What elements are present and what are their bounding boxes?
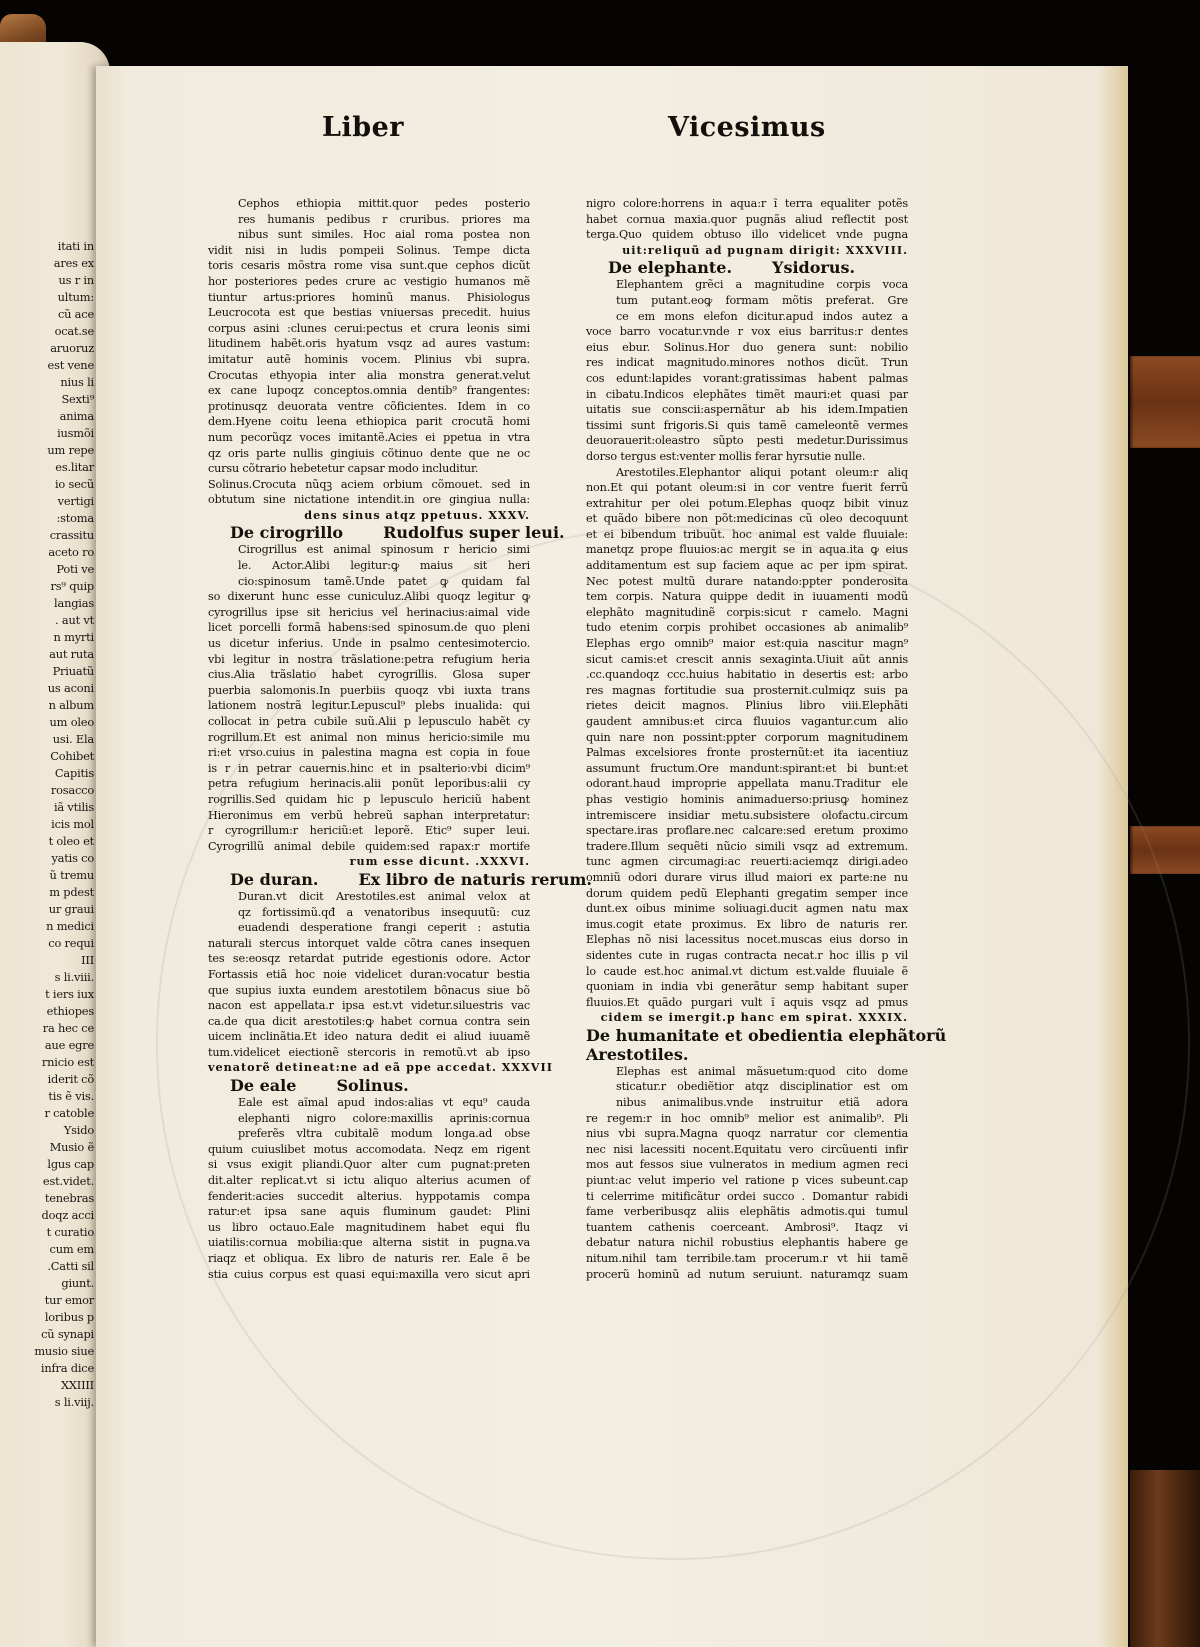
verso-text-line: Priuatũ xyxy=(34,663,94,680)
text-line: toris cesaris mõstra rome visa sunt.que … xyxy=(208,258,530,274)
text-column-right: nigro colore:horrens in aqua:r ĩ terra e… xyxy=(586,196,908,1282)
text-line: cius.Alia trãslatio habet cyrogrillis. G… xyxy=(208,667,530,683)
text-line: omniũ odori durare virus illud maiori ex… xyxy=(586,870,908,886)
verso-text-line: rs⁹ quip xyxy=(34,578,94,595)
text-line: ti celerrime mitificãtur ordei succo . D… xyxy=(586,1189,908,1205)
chapter-title: De eale xyxy=(230,1076,296,1095)
verso-text-line: .Catti sil xyxy=(34,1258,94,1275)
text-line: quoniam in india vbi generãtur semp habi… xyxy=(586,979,908,995)
text-line: ri:et vrso.cuius in palestina magna est … xyxy=(208,745,530,761)
chapter-source: Ex libro de naturis rerum. xyxy=(358,870,592,889)
text-line: tes se:eosqz retardat putride egestionis… xyxy=(208,951,530,967)
chapter-source: Solinus. xyxy=(336,1076,408,1095)
verso-text-line: ur graui xyxy=(34,901,94,918)
chapter-heading: De humanitate et obedientia elephãtorũ xyxy=(586,1026,908,1045)
text-line: tunc agmen circumagi:ac reuerti:aciemqz … xyxy=(586,854,908,870)
text-line: dorum quidem pedũ Elephanti gregatim sem… xyxy=(586,886,908,902)
verso-text-line: r catoble xyxy=(34,1105,94,1122)
text-line: uiatilis:cornua mobilia:que alterna sist… xyxy=(208,1235,530,1251)
text-line: stia cuius corpus est quasi equi:maxilla… xyxy=(208,1267,530,1283)
text-line: nibus animalibus.vnde instruitur etiã ad… xyxy=(586,1095,908,1111)
text-line: debatur natura nichil robustius elephant… xyxy=(586,1235,908,1251)
text-line: sidentes cute in rugas contracta necat.r… xyxy=(586,948,908,964)
text-line: tradere.Illum sequẽti nũcio simili vsqz … xyxy=(586,839,908,855)
text-line: fluuios.Et quãdo purgari vult ĩ aquis vs… xyxy=(586,995,908,1011)
text-line: qz oris parte nullis gingiuis cõtinuo de… xyxy=(208,446,530,462)
text-line: Elephas est animal mãsuetum:quod cito do… xyxy=(586,1064,908,1080)
recto-page: Liber Vicesimus Cephos ethiopia mittit.q… xyxy=(96,66,1128,1647)
text-line: odorant.haud improprie appellata manu.Tr… xyxy=(586,776,908,792)
verso-text-line: musio siue xyxy=(34,1343,94,1360)
text-line: tuantem cathenis coerceant. Ambrosi⁹. It… xyxy=(586,1220,908,1236)
text-line: procerũ hominũ ad nutum seruiunt. natura… xyxy=(586,1267,908,1283)
text-line: tum putant.eoꝙ formam mõtis preferat. Gr… xyxy=(586,293,908,309)
chapter-heading: De cirogrilloRudolfus super leui. xyxy=(208,523,530,542)
verso-text-line: aceto ro xyxy=(34,544,94,561)
text-line: Elephas ergo omnib⁹ maior est:quia nasci… xyxy=(586,636,908,652)
verso-text-line: m pdest xyxy=(34,884,94,901)
verso-text-line: . aut vt xyxy=(34,612,94,629)
verso-text-line: t curatio xyxy=(34,1224,94,1241)
verso-text-line: cũ ace xyxy=(34,306,94,323)
verso-text-line: ethiopes xyxy=(34,1003,94,1020)
chapter-heading: De elephante.Ysidorus. xyxy=(586,258,908,277)
verso-text-line: cum em xyxy=(34,1241,94,1258)
verso-text-line: vertigi xyxy=(34,493,94,510)
text-line: elephanti nigro colore:maxillis aprinis:… xyxy=(208,1111,530,1127)
verso-text-line: n album xyxy=(34,697,94,714)
verso-text-line: itati in xyxy=(34,238,94,255)
verso-text-line: yatis co xyxy=(34,850,94,867)
verso-text-line: t iers iux xyxy=(34,986,94,1003)
verso-text-line: Cohibet xyxy=(34,748,94,765)
chapter-title: De humanitate et obedientia elephãtorũ xyxy=(586,1026,946,1045)
text-line: Cyrogrillũ animal debile quidem:sed rapa… xyxy=(208,839,530,855)
text-line: corpus asini :clunes cerui:pectus et cru… xyxy=(208,321,530,337)
verso-text-line: anima xyxy=(34,408,94,425)
text-line: ca.de qua dicit arestotiles:ꝙ habet corn… xyxy=(208,1014,530,1030)
text-line: assumunt fructum.Ore mandunt:spirant:et … xyxy=(586,761,908,777)
text-line: so dixerunt hunc esse cuniculuz.Alibi qu… xyxy=(208,589,530,605)
text-line: que supius iuxta eundem arestotilem bõna… xyxy=(208,983,530,999)
text-line: vidit nisi in ludis pompeii Solinus. Tem… xyxy=(208,243,530,259)
verso-text-line: n medici xyxy=(34,918,94,935)
text-line: gaudent amnibus:et circa fluuios vagantu… xyxy=(586,714,908,730)
verso-text-line: t oleo et xyxy=(34,833,94,850)
text-line: rogrillum.Et est animal non minus herici… xyxy=(208,730,530,746)
text-line: nacon est appellata.r ipsa est.vt videtu… xyxy=(208,998,530,1014)
text-line: is r in petrar cauernis.hinc et in psalt… xyxy=(208,761,530,777)
verso-text-line: n myrti xyxy=(34,629,94,646)
text-line: quin nare non possint:ppter corporum mag… xyxy=(586,730,908,746)
text-line: naturali stercus intorquet valde cõtra c… xyxy=(208,936,530,952)
text-line: in cibatu.Indicos elephãtes timẽt mauri:… xyxy=(586,387,908,403)
text-line: fenderit:acies succedit alterius. hyppot… xyxy=(208,1189,530,1205)
chapter-title: De cirogrillo xyxy=(230,523,343,542)
text-line: nius vbi supra.Magna quoqz narratur cor … xyxy=(586,1126,908,1142)
text-line: uicem inclinãtia.Et ideo natura dedit ei… xyxy=(208,1029,530,1045)
text-line: cyrogrillus ipse sit hericius vel herina… xyxy=(208,605,530,621)
text-line: num pecorũqz voces imitantẽ.Acies ei ppe… xyxy=(208,430,530,446)
text-line: Elephas nõ nisi lacessitus nocet.muscas … xyxy=(586,932,908,948)
verso-text-line: io secũ xyxy=(34,476,94,493)
verso-text-line: tur emor xyxy=(34,1292,94,1309)
verso-text-line: III xyxy=(34,952,94,969)
chapter-number-line: venatorẽ detineat:ne ad eã ppe accedat. … xyxy=(208,1060,530,1076)
verso-text-line: est.videt. xyxy=(34,1173,94,1190)
text-line: non.Et qui potant oleum:si in cor ventre… xyxy=(586,480,908,496)
text-line: Palmas excelsiores fronte prosternũt:et … xyxy=(586,745,908,761)
text-line: Cirogrillus est animal spinosum r herici… xyxy=(208,542,530,558)
verso-text-line: est vene xyxy=(34,357,94,374)
text-line: re regem:r in hoc omnib⁹ melior est anim… xyxy=(586,1111,908,1127)
chapter-source: Rudolfus super leui. xyxy=(383,523,565,542)
text-line: petra refugium herinacis.alii ponũt lepo… xyxy=(208,776,530,792)
text-line: litudinem habẽt.oris hyatum vsqz ad aure… xyxy=(208,336,530,352)
text-line: ce em mons elefon dicitur.apud indos aut… xyxy=(586,309,908,325)
chapter-number-line: cidem se imergit.p hanc em spirat. XXXIX… xyxy=(586,1010,908,1026)
verso-text-line: us aconi xyxy=(34,680,94,697)
text-line: us dicetur inferius. Unde in psalmo cent… xyxy=(208,636,530,652)
verso-text-line: tis ẽ vis. xyxy=(34,1088,94,1105)
verso-text-line: aut ruta xyxy=(34,646,94,663)
text-line: ratur:et ipsa sane aquis fluminum gaudet… xyxy=(208,1204,530,1220)
text-line: si vsus exigit pliandi.Quor alter cum pu… xyxy=(208,1157,530,1173)
chapter-number-line: uit:reliquũ ad pugnam dirigit: XXXVIII. xyxy=(586,243,908,259)
text-line: tum.videlicet eiectionẽ stercoris in rem… xyxy=(208,1045,530,1061)
text-line: protinusqz deuorata ventre cõficientes. … xyxy=(208,399,530,415)
verso-text-line: ocat.se xyxy=(34,323,94,340)
text-line: sticatur.r obediẽtior atqz disciplinatio… xyxy=(586,1079,908,1095)
verso-text-line: giunt. xyxy=(34,1275,94,1292)
chapter-heading: Arestotiles. xyxy=(586,1045,908,1064)
verso-text-line: s li.viii. xyxy=(34,969,94,986)
verso-text-line: Ysido xyxy=(34,1122,94,1139)
chapter-title: De duran. xyxy=(230,870,318,889)
verso-text-line: infra dice xyxy=(34,1360,94,1377)
running-head-left: Liber xyxy=(322,112,404,143)
verso-text-line: rosacco xyxy=(34,782,94,799)
verso-text-line: co requi xyxy=(34,935,94,952)
text-line: nec nisi lacessiti nocent.Equitatu vero … xyxy=(586,1142,908,1158)
text-line: Leucrocota est que bestias vniuersas pre… xyxy=(208,305,530,321)
verso-text-line: usi. Ela xyxy=(34,731,94,748)
verso-text-line: XXIIII xyxy=(34,1377,94,1394)
text-line: tiuntur artus:priores hominũ manus. Phis… xyxy=(208,290,530,306)
verso-text-fragments: itati inares exus r inultum:cũ aceocat.s… xyxy=(34,238,94,1411)
text-line: piunt:ac velut imperio vel ratione p vic… xyxy=(586,1173,908,1189)
verso-text-line: cũ synapi xyxy=(34,1326,94,1343)
text-line: cos edunt:lapides vorant:gratissimas hab… xyxy=(586,371,908,387)
leather-tab-lower xyxy=(1130,826,1200,874)
text-line: spectare.iras proflare.nec calcare:sed e… xyxy=(586,823,908,839)
text-line: imitatur autẽ hominis vocem. Plinius vbi… xyxy=(208,352,530,368)
text-line: Nec potest multũ durare natando:ppter po… xyxy=(586,574,908,590)
chapter-heading: De ealeSolinus. xyxy=(208,1076,530,1095)
text-line: Eale est aĩmal apud indos:alias vt equ⁹ … xyxy=(208,1095,530,1111)
verso-text-line: loribus p xyxy=(34,1309,94,1326)
verso-text-line: Capitis xyxy=(34,765,94,782)
text-line: puerbia salomonis.In puerbiis quoqz vbi … xyxy=(208,683,530,699)
text-line: dunt.ex oibus minime soliuagi.ducit agme… xyxy=(586,901,908,917)
text-line: intremiscere insidiar metu.subsistere ol… xyxy=(586,808,908,824)
text-line: r cyrogrillum:r hericiũ:et leporẽ. Etic⁹… xyxy=(208,823,530,839)
verso-page: itati inares exus r inultum:cũ aceocat.s… xyxy=(0,42,110,1647)
verso-text-line: Musio ẽ xyxy=(34,1139,94,1156)
text-line: Duran.vt dicit Arestotiles.est animal ve… xyxy=(208,889,530,905)
text-line: sicut camis:et crescit annis sexaginta.U… xyxy=(586,652,908,668)
verso-text-line: nius li xyxy=(34,374,94,391)
text-line: imus.cogit etate proximus. Ex libro de n… xyxy=(586,917,908,933)
verso-text-line: um repe xyxy=(34,442,94,459)
text-line: dem.Hyene coitu leena ethiopica parit cr… xyxy=(208,414,530,430)
verso-text-line: iusmõi xyxy=(34,425,94,442)
verso-text-line: ũ tremu xyxy=(34,867,94,884)
verso-text-line: :stoma xyxy=(34,510,94,527)
text-line: nigro colore:horrens in aqua:r ĩ terra e… xyxy=(586,196,908,212)
chapter-source: Ysidorus. xyxy=(772,258,855,277)
text-line: eius ebur. Solinus.Hor duo genera sunt: … xyxy=(586,340,908,356)
text-line: fame verberibusqz aliis elephãtis admoti… xyxy=(586,1204,908,1220)
text-column-left: Cephos ethiopia mittit.quor pedes poster… xyxy=(208,196,530,1282)
text-line: us libro octauo.Eale magnitudinem habet … xyxy=(208,1220,530,1236)
text-line: dorso tergus est:venter mollis ferar hyr… xyxy=(586,449,908,465)
text-line: deuorauerit:oleastro sũpto pesti medetur… xyxy=(586,433,908,449)
verso-text-line: icis mol xyxy=(34,816,94,833)
verso-text-line: crassitu xyxy=(34,527,94,544)
verso-text-line: us r in xyxy=(34,272,94,289)
text-line: quium cuiuslibet motus accomodata. Neqz … xyxy=(208,1142,530,1158)
text-line: extrahitur per olei potum.Elephas quoqz … xyxy=(586,496,908,512)
chapter-number-line: rum esse dicunt. .XXXVI. xyxy=(208,854,530,870)
verso-text-line: ares ex xyxy=(34,255,94,272)
text-line: cio:spinosum tamẽ.Unde patet ꝙ quidam fa… xyxy=(208,574,530,590)
chapter-title: De elephante. xyxy=(608,258,732,277)
verso-text-line: ra hec ce xyxy=(34,1020,94,1037)
verso-text-line: aruoruz xyxy=(34,340,94,357)
text-line: euadendi desperatione frangi ceperit : a… xyxy=(208,920,530,936)
text-line: vbi legitur in nostra trãslatione:petra … xyxy=(208,652,530,668)
text-line: le. Actor.Alibi legitur:ꝙ maius sit heri xyxy=(208,558,530,574)
text-line: res magnas fortitudie sua prosternit.cul… xyxy=(586,683,908,699)
text-line: Elephantem grẽci a magnitudine corpis vo… xyxy=(586,277,908,293)
text-line: tem corpis. Natura quippe dedit in iuuam… xyxy=(586,589,908,605)
verso-text-line: s li.viij. xyxy=(34,1394,94,1411)
running-head-right: Vicesimus xyxy=(668,112,826,143)
verso-text-line: langias xyxy=(34,595,94,612)
verso-text-line: doqz acci xyxy=(34,1207,94,1224)
text-line: collocat in petra cubile suũ.Alii p lepu… xyxy=(208,714,530,730)
text-line: terga.Quo quidem obtuso illo videlicet v… xyxy=(586,227,908,243)
verso-text-line: Poti ve xyxy=(34,561,94,578)
text-line: lationem nostrã legitur.Lepuscul⁹ plebs … xyxy=(208,698,530,714)
text-line: uitatis sue conscii:aspernãtur ab his id… xyxy=(586,402,908,418)
text-line: licet porcelli formã habens:sed spinosum… xyxy=(208,620,530,636)
text-line: res humanis pedibus r cruribus. priores … xyxy=(208,212,530,228)
verso-text-line: iã vtilis xyxy=(34,799,94,816)
text-line: manetqz prope fluuios:ac mergit se in aq… xyxy=(586,542,908,558)
text-line: qz fortissimũ.qđ a venatoribus insequutũ… xyxy=(208,905,530,921)
chapter-number-line: dens sinus atqz ppetuus. XXXV. xyxy=(208,508,530,524)
text-line: ex cane lupoqz conceptos.omnia dentib⁹ f… xyxy=(208,383,530,399)
text-line: Fortassis etiã hoc noie videlicet duran:… xyxy=(208,967,530,983)
text-line: Cephos ethiopia mittit.quor pedes poster… xyxy=(208,196,530,212)
text-line: Arestotiles.Elephantor aliqui potant ole… xyxy=(586,465,908,481)
text-line: res indicat magnitudo.minores nothos dic… xyxy=(586,355,908,371)
text-line: riaqz et obliqua. Ex libro de naturis re… xyxy=(208,1251,530,1267)
text-line: tissimi sunt frigoris.Si quis tamẽ camel… xyxy=(586,418,908,434)
text-line: tudo etenim corpis prohibet occasiones a… xyxy=(586,620,908,636)
verso-text-line: rnicio est xyxy=(34,1054,94,1071)
verso-text-line: tenebras xyxy=(34,1190,94,1207)
text-line: et quãdo bibere non põt:medicinas cũ ole… xyxy=(586,511,908,527)
chapter-heading: De duran.Ex libro de naturis rerum. xyxy=(208,870,530,889)
text-line: .cc.quandoqz ccc.huius habitatio in dese… xyxy=(586,667,908,683)
text-line: nibus sunt similes. Hoc aial roma postea… xyxy=(208,227,530,243)
leather-binding-bottom xyxy=(1130,1470,1200,1647)
text-line: elephãto magnitudinẽ corpis:sicut r came… xyxy=(586,605,908,621)
leather-tab-upper xyxy=(1130,356,1200,448)
text-line: habet cornua maxia.quor pugnãs aliud ref… xyxy=(586,212,908,228)
verso-text-line: es.litar xyxy=(34,459,94,476)
chapter-title: Arestotiles. xyxy=(586,1045,688,1064)
text-line: rietes deicit magnos. Plinius libro viii… xyxy=(586,698,908,714)
text-line: phas vestigio hominis animaduerso:priusꝙ… xyxy=(586,792,908,808)
verso-text-line: um oleo xyxy=(34,714,94,731)
text-line: preferẽs vltra cubitalẽ modum longa.ad o… xyxy=(208,1126,530,1142)
text-line: Crocutas ethyopia inter alia monstra gen… xyxy=(208,368,530,384)
text-line: dit.alter replicat.vt si ictu aliquo alt… xyxy=(208,1173,530,1189)
verso-text-line: Sexti⁹ xyxy=(34,391,94,408)
text-line: mos aut fessos siue vulneratos in medium… xyxy=(586,1157,908,1173)
text-line: obtutum sine nictatione intendit.in ore … xyxy=(208,492,530,508)
verso-text-line: lgus cap xyxy=(34,1156,94,1173)
text-line: Hieronimus em verbũ hebreũ saphan interp… xyxy=(208,808,530,824)
text-line: Solinus.Crocuta nũqꝫ aciem orbium cõmoue… xyxy=(208,477,530,493)
verso-text-line: aue egre xyxy=(34,1037,94,1054)
text-line: additamentum est sup faciem aque ac per … xyxy=(586,558,908,574)
text-line: rogrillis.Sed quidam hic p lepusculo her… xyxy=(208,792,530,808)
verso-text-line: ultum: xyxy=(34,289,94,306)
text-line: cursu cõtrario hebetetur capsar modo inc… xyxy=(208,461,530,477)
text-line: et ei bibendum tribuũt. hoc animal est v… xyxy=(586,527,908,543)
text-line: nitum.nihil tam terribile.tam procerum.r… xyxy=(586,1251,908,1267)
text-line: lo caude est.hoc animal.vt dictum est.va… xyxy=(586,964,908,980)
text-line: hor posteriores pedes crure ac vestigio … xyxy=(208,274,530,290)
verso-text-line: iderit cõ xyxy=(34,1071,94,1088)
text-line: voce barro vocatur.vnde r vox eius barri… xyxy=(586,324,908,340)
